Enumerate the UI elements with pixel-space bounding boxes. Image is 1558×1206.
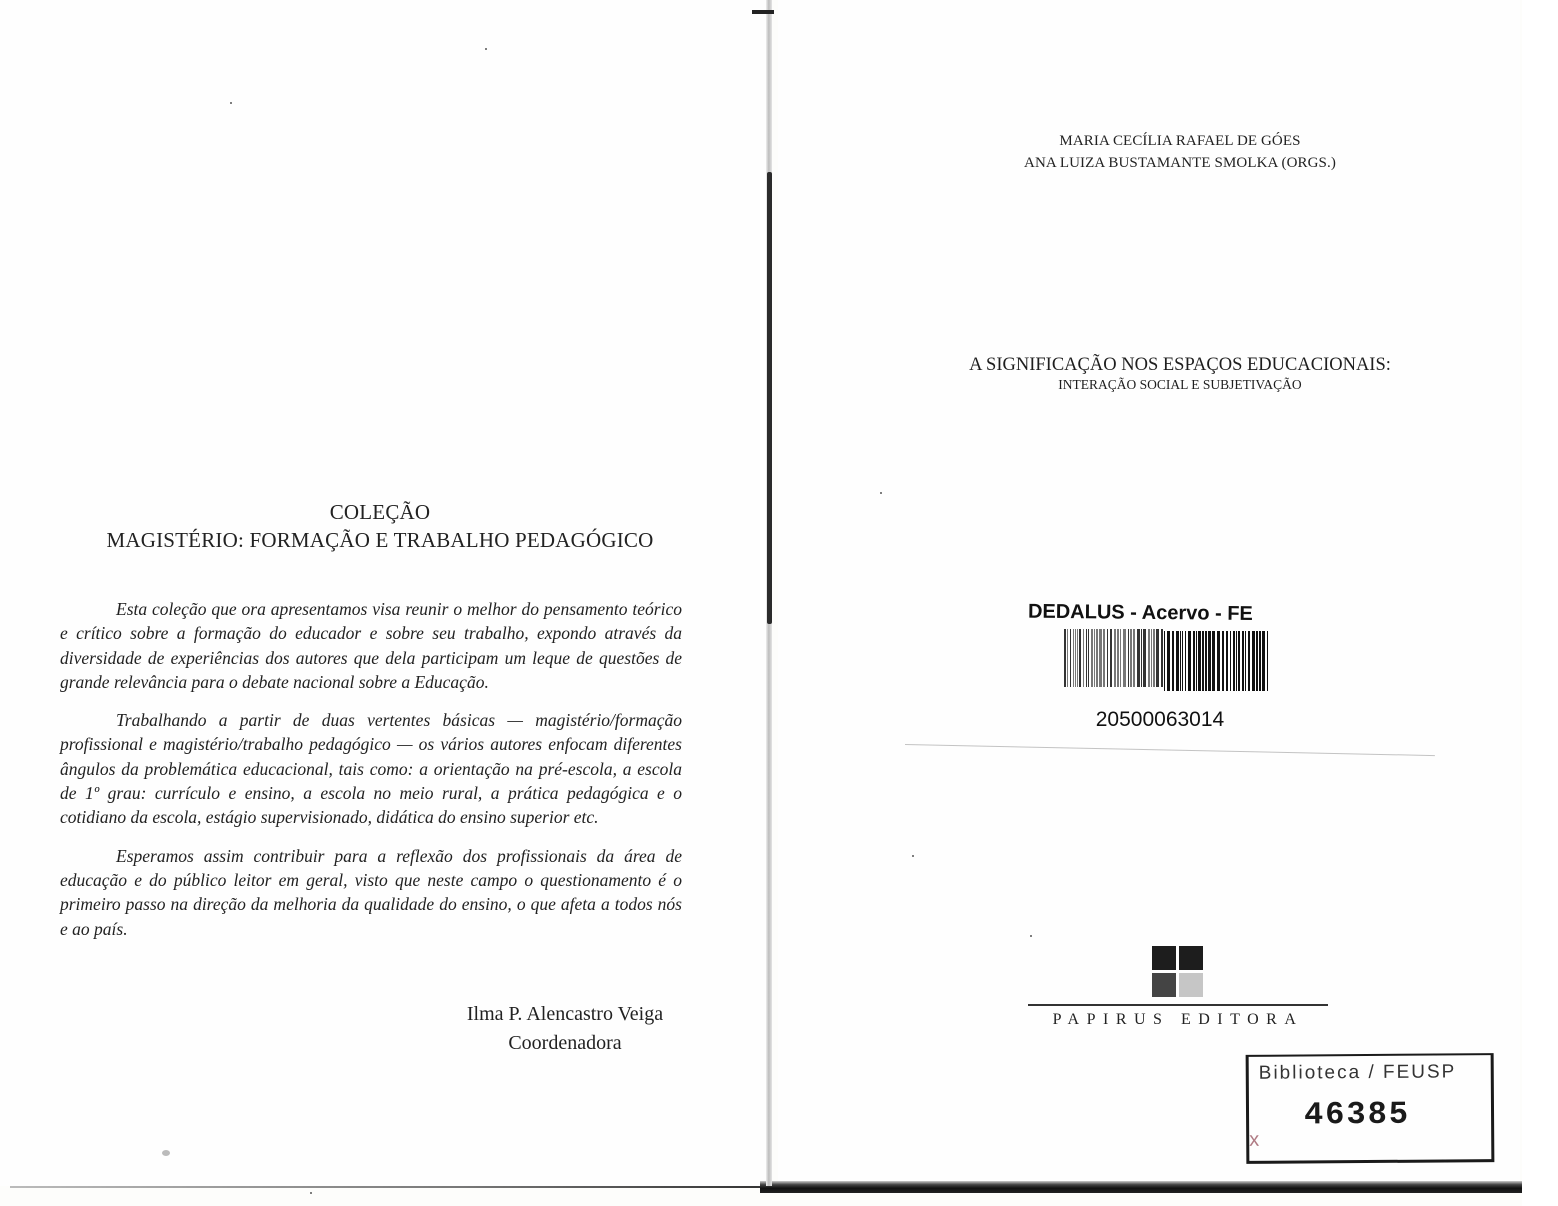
signature-name: Ilma P. Alencastro Veiga [400,1000,730,1029]
scan-speck [230,102,232,104]
signature: Ilma P. Alencastro Veiga Coordenadora [400,1000,730,1058]
signature-role: Coordenadora [400,1029,730,1058]
book-title-block: A SIGNIFICAÇÃO NOS ESPAÇOS EDUCACIONAIS:… [900,354,1460,394]
book-authors: MARIA CECÍLIA RAFAEL DE GÓES ANA LUIZA B… [920,130,1440,174]
logo-square [1152,946,1176,970]
barcode-number: 20500063014 [1060,708,1260,732]
publisher-name: PAPIRUS EDITORA [1028,1011,1328,1029]
barcode-icon [1064,629,1268,691]
scan-speck [1030,935,1032,937]
page-bottom-edge [10,1186,770,1188]
scan-background [1522,0,1558,1206]
collection-label: COLEÇÃO [60,498,700,526]
author-line: ANA LUIZA BUSTAMANTE SMOLKA (ORGS.) [920,152,1440,174]
logo-square [1152,973,1176,997]
collection-intro: Esta coleção que ora apresentamos visa r… [60,597,682,955]
author-line: MARIA CECÍLIA RAFAEL DE GÓES [920,130,1440,152]
scan-speck [162,1150,170,1156]
page-bottom-edge [760,1181,1522,1193]
book-spine-shadow [767,172,772,624]
scan-speck [880,492,882,494]
book-subtitle: INTERAÇÃO SOCIAL E SUBJETIVAÇÃO [900,376,1460,394]
stamp-number: 46385 [1304,1096,1410,1134]
logo-square [1179,946,1203,970]
publisher-rule [1028,1004,1328,1006]
scan-speck [310,1192,312,1194]
four-square-logo-icon [1152,946,1204,998]
collection-name: MAGISTÉRIO: FORMAÇÃO E TRABALHO PEDAGÓGI… [60,526,700,554]
right-page [778,0,1520,1186]
intro-paragraph: Esta coleção que ora apresentamos visa r… [60,597,682,694]
library-stamp: Biblioteca / FEUSP 46385 x [1246,1053,1495,1164]
intro-paragraph: Esperamos assim contribuir para a reflex… [60,844,682,941]
scan-speck [485,48,487,50]
collection-heading: COLEÇÃO MAGISTÉRIO: FORMAÇÃO E TRABALHO … [60,498,700,554]
stamp-check-mark: x [1249,1129,1259,1152]
book-title: A SIGNIFICAÇÃO NOS ESPAÇOS EDUCACIONAIS: [900,354,1460,376]
intro-paragraph: Trabalhando a partir de duas vertentes b… [60,708,682,829]
stamp-label: Biblioteca / FEUSP [1259,1061,1489,1085]
scan-speck [912,855,914,857]
library-label-title: DEDALUS - Acervo - FE [1028,600,1288,627]
logo-square [1179,973,1203,997]
spine-mark [752,10,774,14]
